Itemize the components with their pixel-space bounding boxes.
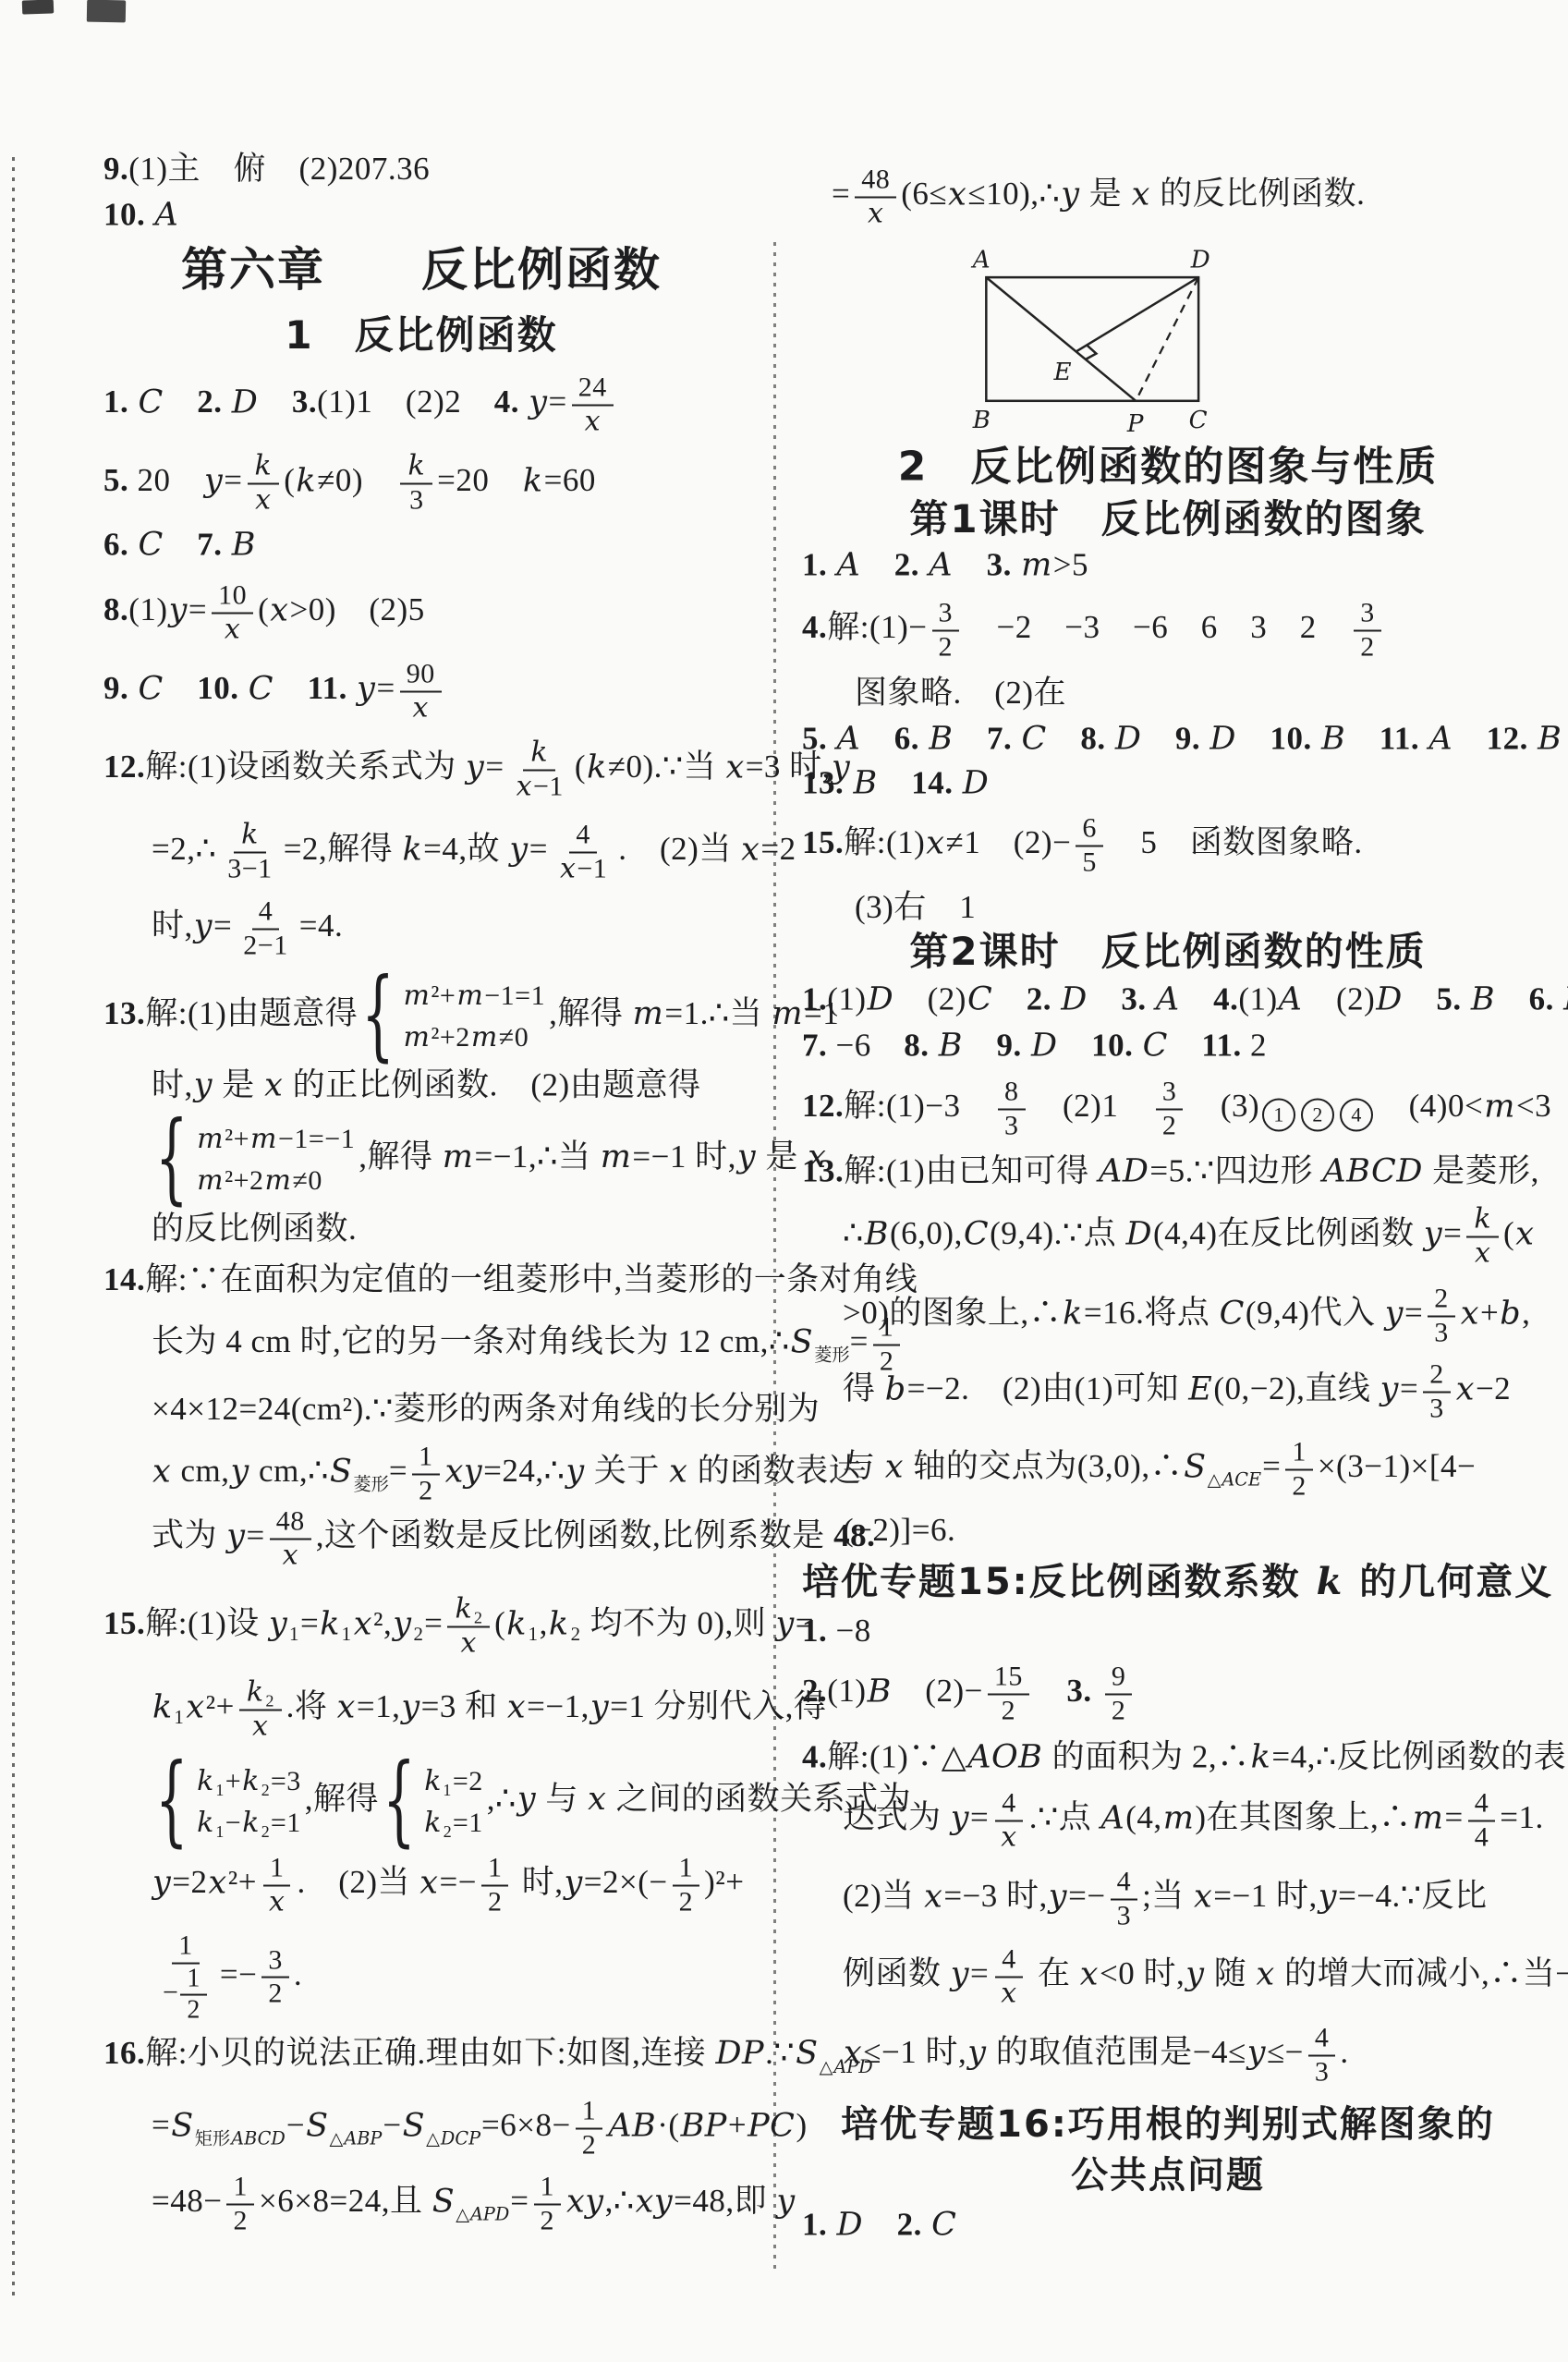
geometry-figure: A D B P C E — [957, 238, 1218, 442]
text-line: 15.解:(1)x≠1 (2)−65 5 函数图象略. — [802, 811, 1363, 881]
point-label-A: A — [971, 247, 991, 274]
text-line: >0)的图象上,∴k=16.将点 C(9,4)代入 y=23x+b, — [843, 1282, 1530, 1351]
text-line: 4.解:(1)−32 −2 −3 −6 6 3 2 32 — [802, 596, 1386, 665]
text-line: x≤−1 时,y 的取值范围是−4≤y≤−43. — [843, 2021, 1349, 2090]
text-line: 图象略. (2)在 — [855, 673, 1066, 713]
text-line: =S矩形ABCD−S△ABP−S△DCP=6×8−12AB·(BP+PC) — [152, 2094, 808, 2163]
text-line: 8.(1)y=10x(x>0) (2)5 — [103, 578, 425, 648]
text-line: 16.解:小贝的说法正确.理由如下:如图,连接 DP.∵S△APD — [103, 2033, 874, 2079]
text-line: 达式为 y=4x.∵点 A(4,m)在其图象上,∴m=44=1. — [843, 1786, 1544, 1856]
text-line: 15.解:(1)设 y₁=k₁x²,y₂=k₂x(k₁,k₂ 均不为 0),则 … — [103, 1592, 814, 1662]
column-divider-dotted-line — [773, 242, 776, 2271]
text-line: 1.(1)D (2)C 2. D 3. A 4.(1)A (2)D 5. B 6… — [802, 980, 1568, 1021]
right-angle-mark — [1086, 345, 1096, 359]
text-line: 12.解:(1)−3 83 (2)1 32 (3)124 (4)0<m<3 — [802, 1075, 1551, 1144]
text-line: ∴B(6,0),C(9,4).∵点 D(4,4)在反比例函数 y=kx(x — [843, 1202, 1535, 1272]
heading-line: 第六章 反比例函数 — [103, 241, 739, 299]
heading-line: 第1课时 反比例函数的图象 — [802, 495, 1534, 544]
text-line: 14.解:∵在面积为定值的一组菱形中,当菱形的一条对角线 — [103, 1260, 918, 1300]
point-label-D: D — [1190, 247, 1210, 274]
text-line: 7. −6 8. B 9. D 10. C 11. 2 — [802, 1026, 1267, 1067]
text-line: {m²+m−1=−1m²+2m≠0,解得 m=−1,∴当 m=−1 时,y 是 … — [152, 1124, 827, 1196]
text-line: =2,∴k3−1=2,解得 k=4,故 y=4x−1. (2)当 x=2 — [152, 818, 796, 887]
text-line: =48−12×6×8=24,且 S△APD=12xy,∴xy=48,即 y — [152, 2170, 796, 2239]
segment-DE — [1076, 277, 1198, 351]
text-line: (−2)]=6. — [843, 1510, 955, 1551]
heading-line: 第2课时 反比例函数的性质 — [802, 928, 1534, 977]
page-edge-dotted-line — [12, 157, 15, 2296]
text-line: 长为 4 cm 时,它的另一条对角线长为 12 cm,∴S菱形=12 — [152, 1310, 905, 1380]
text-line: 1. A 2. A 3. m>5 — [802, 545, 1088, 587]
text-line: (3)右 1 — [855, 887, 976, 928]
text-line: 时,y 是 x 的正比例函数. (2)由题意得 — [152, 1065, 701, 1107]
text-line: 例函数 y=4x 在 x<0 时,y 随 x 的增大而减小,∴当−3≤ — [843, 1942, 1568, 2012]
text-line: 13.解:(1)由已知可得 AD=5.∵四边形 ABCD 是菱形, — [802, 1151, 1539, 1193]
text-line: =48x(6≤x≤10),∴y 是 x 的反比例函数. — [832, 163, 1365, 232]
text-line: 5. A 6. B 7. C 8. D 9. D 10. B 11. A 12.… — [802, 719, 1562, 761]
point-label-C: C — [1189, 407, 1208, 434]
text-line: 1. C 2. D 3.(1)1 (2)2 4. y=24x — [103, 371, 618, 440]
heading-line: 培优专题16:巧用根的判别式解图象的 — [802, 2101, 1534, 2148]
text-line: 10. A — [103, 195, 179, 237]
text-line: 12.解:(1)设函数关系式为 y=kx−1(k≠0).∵当 x=3 时,y — [103, 736, 851, 805]
text-line: 1−12=−32. — [152, 1929, 302, 2027]
heading-line: 2 反比例函数的图象与性质 — [802, 442, 1534, 493]
text-line: 13.解:(1)由题意得{m²+m−1=1m²+2m≠0,解得 m=1.∴当 m… — [103, 980, 839, 1053]
text-line: 2.(1)B (2)−152 3. 92 — [802, 1660, 1136, 1729]
page: A D B P C E 9.(1)主 俯 (2)207.3610. A第六章 反… — [0, 0, 1568, 2362]
point-label-B: B — [972, 407, 991, 434]
text-line: k₁x²+k₂x.将 x=1,y=3 和 x=−1,y=1 分别代入,得 — [152, 1675, 826, 1745]
text-line: (2)当 x=−3 时,y=−43;当 x=−1 时,y=−4.∵反比 — [843, 1865, 1488, 1934]
text-line: 的反比例函数. — [152, 1209, 357, 1249]
text-line: 4.解:(1)∵△AOB 的面积为 2,∴k=4,∴反比例函数的表 — [802, 1737, 1566, 1779]
print-artifact — [22, 0, 55, 15]
heading-line: 培优专题15:反比例函数系数 k 的几何意义 — [802, 1559, 1534, 1605]
text-line: 9.(1)主 俯 (2)207.36 — [103, 149, 430, 189]
text-line: 时,y=42−1=4. — [152, 895, 343, 964]
text-line: 1. −8 — [802, 1611, 871, 1651]
text-line: ×4×12=24(cm²).∵菱形的两条对角线的长分别为 — [152, 1389, 820, 1430]
text-line: 1. D 2. C — [802, 2205, 957, 2246]
heading-line: 1 反比例函数 — [103, 311, 739, 360]
text-line: {k₁+k₂=3k₁−k₂=1,解得{k₁=2k₂=1,∴y 与 x 之间的函数… — [152, 1766, 911, 1838]
heading-line: 公共点问题 — [802, 2152, 1534, 2198]
point-label-P: P — [1126, 410, 1144, 438]
text-line: 与 x 轴的交点为(3,0),∴S△ACE=12×(3−1)×[4− — [843, 1435, 1476, 1504]
text-line: 13. B 14. D — [802, 763, 990, 805]
text-line: 5. 20 y=kx(k≠0) k3=20 k=60 — [103, 449, 596, 518]
print-artifact — [87, 0, 126, 22]
text-line: 式为 y=48x,这个函数是反比例函数,比例系数是 48. — [152, 1504, 875, 1574]
text-line: 6. C 7. B — [103, 525, 257, 566]
text-line: x cm,y cm,∴S菱形=12xy=24,∴y 关于 x 的函数表达 — [152, 1440, 861, 1509]
point-label-E: E — [1052, 359, 1071, 386]
text-line: y=2x²+1x. (2)当 x=−12 时,y=2×(−12)²+ — [152, 1851, 745, 1920]
text-line: 得 b=−2. (2)由(1)可知 E(0,−2),直线 y=23x−2 — [843, 1358, 1511, 1427]
text-line: 9. C 10. C 11. y=90x — [103, 657, 446, 726]
